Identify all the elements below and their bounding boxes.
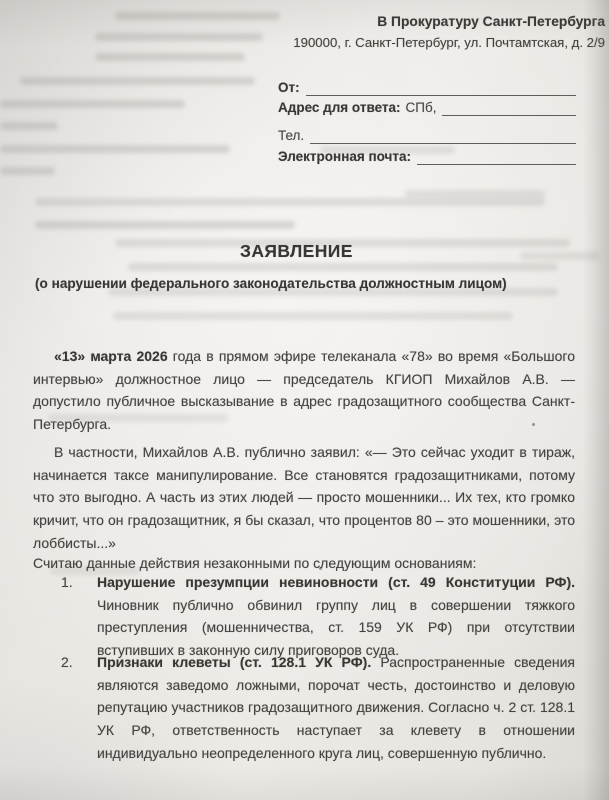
reply-address-label: Адрес для ответа:	[278, 100, 401, 116]
bleed-through-text	[128, 263, 558, 271]
item-2-rest: Распространенные сведения являются завед…	[97, 654, 575, 761]
recipient-office: В Прокуратуру Санкт-Петербурга	[293, 11, 605, 32]
document-title: ЗАЯВЛЕНИЕ	[240, 241, 353, 262]
bleed-through-text	[113, 312, 513, 320]
paragraph-quote: В частности, Михайлов А.В. публично заяв…	[33, 441, 575, 555]
email-label: Электронная почта:	[278, 149, 411, 165]
bleed-through-text	[95, 33, 263, 41]
paper-right-edge-shadow	[583, 0, 609, 800]
bleed-through-text	[20, 77, 255, 85]
from-label: От:	[278, 80, 300, 96]
bleed-through-text	[0, 100, 185, 108]
document-subtitle: (о нарушении федерального законодательст…	[35, 276, 507, 291]
bleed-through-text	[405, 190, 545, 198]
from-blank-line	[306, 82, 576, 96]
bleed-through-text	[35, 221, 295, 229]
item-1-lead: Нарушение презумпции невиновности (ст. 4…	[97, 574, 575, 590]
paragraph-incident: «13» марта 2026 года в прямом эфире теле…	[33, 345, 575, 436]
list-item-2: 2. Признаки клеветы (ст. 128.1 УК РФ). Р…	[33, 651, 575, 765]
bleed-through-text	[35, 198, 545, 206]
bleed-through-text	[95, 53, 245, 61]
item-2-text: Признаки клеветы (ст. 128.1 УК РФ). Расп…	[97, 651, 575, 765]
list-item-1: 1. Нарушение презумпции невиновности (ст…	[33, 571, 575, 662]
bleed-through-text	[0, 122, 58, 130]
recipient-block: В Прокуратуру Санкт-Петербурга 190000, г…	[293, 11, 605, 53]
recipient-address: 190000, г. Санкт-Петербург, ул. Почтамтс…	[293, 32, 605, 53]
email-blank-line	[417, 151, 576, 165]
phone-row: Тел.	[278, 128, 576, 144]
reply-address-row: Адрес для ответа: СПб,	[278, 100, 576, 116]
reply-address-value: СПб,	[406, 100, 437, 116]
item-1-number: 1.	[33, 571, 97, 662]
incident-date: «13» марта 2026	[54, 348, 168, 364]
email-row: Электронная почта:	[278, 149, 576, 165]
phone-blank-line	[310, 130, 576, 144]
reply-address-blank-line	[442, 102, 576, 116]
item-1-rest: Чиновник публично обвинил группу лиц в с…	[97, 597, 575, 658]
item-2-number: 2.	[33, 651, 97, 765]
photo-bottom-shadow	[0, 766, 609, 800]
document-photo: В Прокуратуру Санкт-Петербурга 190000, г…	[0, 0, 609, 800]
bleed-through-text	[115, 12, 280, 20]
phone-label: Тел.	[278, 128, 304, 144]
item-2-lead: Признаки клеветы (ст. 128.1 УК РФ).	[97, 654, 371, 670]
bleed-through-text	[520, 252, 600, 260]
bleed-through-text	[0, 145, 230, 153]
bleed-through-text	[0, 167, 55, 175]
from-row: От:	[278, 80, 576, 96]
item-1-text: Нарушение презумпции невиновности (ст. 4…	[97, 571, 575, 662]
